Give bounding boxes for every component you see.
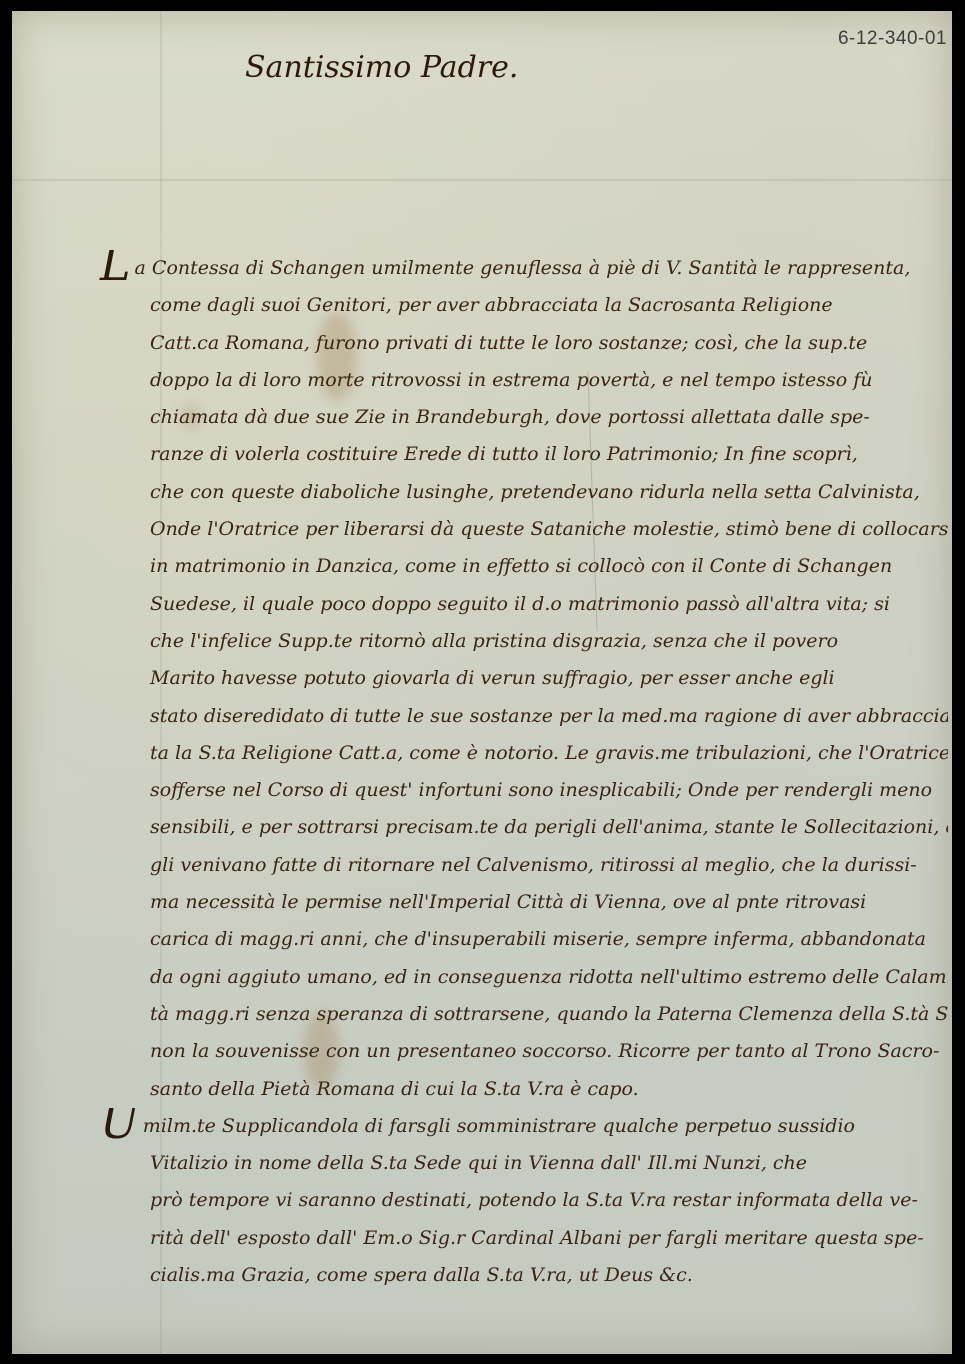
text-line: che con queste diaboliche lusinghe, pret…	[88, 474, 948, 511]
closing-formula: cialis.ma Grazia, come spera dalla S.ta …	[88, 1257, 948, 1294]
text-line: non la souvenisse con un presentaneo soc…	[88, 1033, 948, 1070]
text-line: sensibili, e per sottrarsi precisam.te d…	[88, 809, 948, 846]
text-line: chiamata dà due sue Zie in Brandeburgh, …	[88, 399, 948, 436]
text-line: ta la S.ta Religione Catt.a, come è noto…	[88, 735, 948, 772]
text-line: ma necessità le permise nell'Imperial Ci…	[88, 884, 948, 921]
text-line: Catt.ca Romana, furono privati di tutte …	[88, 325, 948, 362]
supplication-paragraph: Umilm.te Supplicandola di farsgli sommin…	[88, 1108, 948, 1294]
text-line: stato diseredidato di tutte le sue sosta…	[88, 698, 948, 735]
text-line: come dagli suoi Genitori, per aver abbra…	[88, 287, 948, 324]
text-line: carica di magg.ri anni, che d'insuperabi…	[88, 921, 948, 958]
text-line: Marito havesse potuto giovarla di verun …	[88, 660, 948, 697]
archive-reference-number: 6-12-340-01	[838, 28, 947, 50]
text-line: Umilm.te Supplicandola di farsgli sommin…	[88, 1108, 948, 1145]
text-line: Vitalizio in nome della S.ta Sede qui in…	[88, 1145, 948, 1182]
text-line: prò tempore vi saranno destinati, potend…	[88, 1182, 948, 1219]
text-line: santo della Pietà Romana di cui la S.ta …	[88, 1071, 948, 1108]
salutation-heading: Santissimo Padre.	[245, 50, 518, 85]
text-line: ranze di volerla costituire Erede di tut…	[88, 436, 948, 473]
text-line: Onde l'Oratrice per liberarsi dà queste …	[88, 511, 948, 548]
drop-initial: L	[100, 250, 131, 287]
text-line: rità dell' esposto dall' Em.o Sig.r Card…	[88, 1220, 948, 1257]
text-line: da ogni aggiuto umano, ed in conseguenza…	[88, 959, 948, 996]
letter-body: La Contessa di Schangen umilmente genufl…	[88, 250, 948, 1294]
text-line: che l'infelice Supp.te ritornò alla pris…	[88, 623, 948, 660]
text-line: gli venivano fatte di ritornare nel Calv…	[88, 847, 948, 884]
text-line: La Contessa di Schangen umilmente genufl…	[88, 250, 948, 287]
text-line: tà magg.ri senza speranza di sottrarsene…	[88, 996, 948, 1033]
petition-paragraph: La Contessa di Schangen umilmente genufl…	[88, 250, 948, 1108]
text-line: in matrimonio in Danzica, come in effett…	[88, 548, 948, 585]
drop-initial: U	[100, 1108, 139, 1145]
text-line: Suedese, il quale poco doppo seguito il …	[88, 586, 948, 623]
text-line: sofferse nel Corso di quest' infortuni s…	[88, 772, 948, 809]
text-line: doppo la di loro morte ritrovossi in est…	[88, 362, 948, 399]
paper-fold-horizontal	[12, 179, 952, 181]
